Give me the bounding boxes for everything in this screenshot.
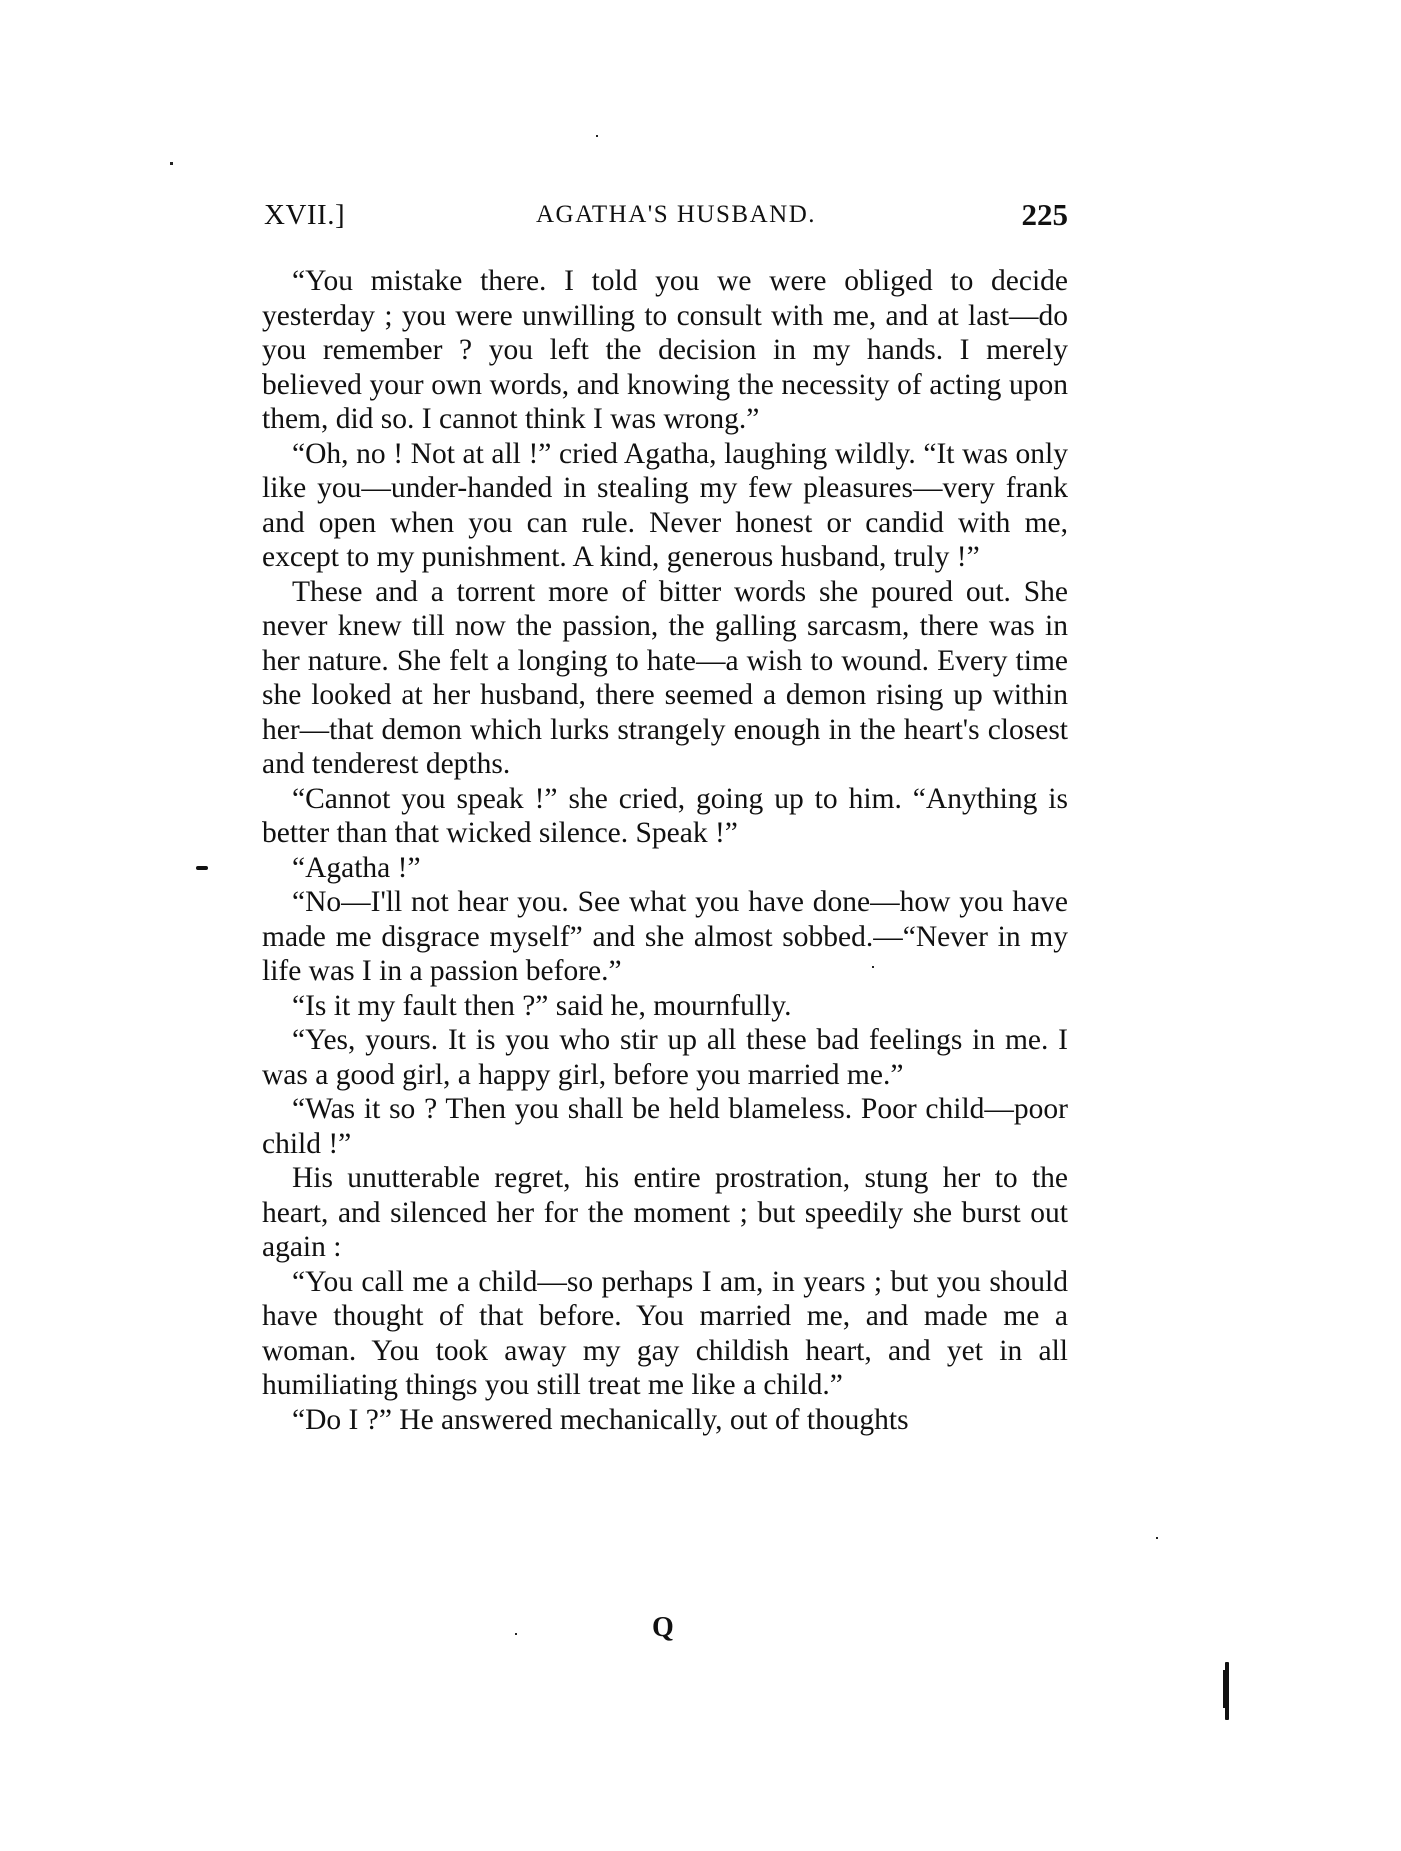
body-text: “You mistake there. I told you we were o… [262,264,1068,1437]
scan-speck [515,1633,517,1635]
page-number: 225 [1022,198,1069,232]
running-head: XVII.] AGATHA'S HUSBAND. 225 [264,198,1068,232]
paragraph: “Oh, no ! Not at all !” cried Agatha, la… [262,437,1068,575]
paragraph: “Do I ?” He answered mechanically, out o… [262,1403,1068,1438]
paragraph: “You mistake there. I told you we were o… [262,264,1068,437]
scan-speck [170,162,173,165]
signature-mark: Q [652,1612,674,1644]
paragraph: “No—I'll not hear you. See what you have… [262,885,1068,989]
paragraph: “Is it my fault then ?” said he, mournfu… [262,989,1068,1024]
scan-speck [872,966,874,968]
paragraph: “You call me a child—so perhaps I am, in… [262,1265,1068,1403]
book-page: XVII.] AGATHA'S HUSBAND. 225 “You mistak… [0,0,1401,1851]
scan-speck [1156,1537,1158,1539]
paragraph: “Agatha !” [262,851,1068,886]
paragraph: “Was it so ? Then you shall be held blam… [262,1092,1068,1161]
paragraph: “Yes, yours. It is you who stir up all t… [262,1023,1068,1092]
paragraph: These and a torrent more of bitter words… [262,575,1068,782]
scan-edge-mark [1225,1662,1229,1720]
paragraph: “Cannot you speak !” she cried, going up… [262,782,1068,851]
scan-margin-mark [196,866,208,870]
paragraph: His unutterable regret, his entire prost… [262,1161,1068,1265]
running-title: AGATHA'S HUSBAND. [264,198,1068,232]
scan-speck [596,135,598,137]
